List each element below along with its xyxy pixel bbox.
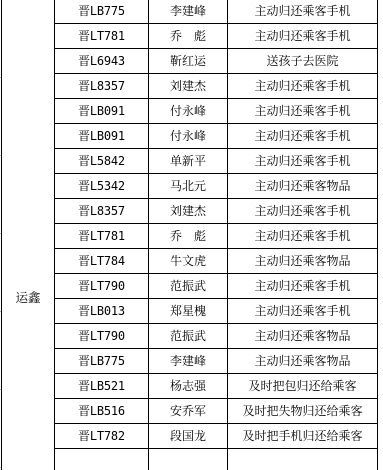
plate-cell: 晋LB091 [55,99,149,124]
table-row: 运鑫晋LB775李建峰主动归还乘客手机 [2,0,378,24]
plate-cell: 晋L5842 [55,149,149,174]
plate-cell: 晋LB091 [55,124,149,149]
driver-cell: 范振武 [149,324,228,349]
table-row: 晋LT784牛文虎主动归还乘客物品 [2,249,378,274]
row-tick [0,77,1,78]
table-row: 晋LT782段国龙及时把手机归还给乘客 [2,424,378,449]
driver-cell: 乔 彪 [149,24,228,49]
plate-cell: 晋LT782 [55,424,149,449]
deed-cell: 主动归还乘客物品 [228,249,378,274]
table-row: 晋LB516安乔军及时把失物归还给乘客 [2,399,378,424]
table-row: 晋L8357刘建杰主动归还乘客手机 [2,74,378,99]
deed-cell: 主动归还乘客手机 [228,99,378,124]
driver-cell: 杨志强 [149,374,228,399]
driver-cell: 安乔军 [149,399,228,424]
table-row: 晋LT790范振武主动归还乘客物品 [2,324,378,349]
driver-cell: 刘建杰 [149,199,228,224]
deed-cell: 主动归还乘客手机 [228,74,378,99]
driver-cell: 靳红运 [149,49,228,74]
table-body: 运鑫晋LB775李建峰主动归还乘客手机晋LT781乔 彪主动归还乘客手机晋L69… [2,0,378,470]
empty-cell [149,449,228,470]
plate-cell: 晋LB521 [55,374,149,399]
driver-cell: 马北元 [149,174,228,199]
deed-cell: 主动归还乘客物品 [228,174,378,199]
deed-cell: 及时把失物归还给乘客 [228,399,378,424]
table-row: 晋LT790范振武主动归还乘客手机 [2,274,378,299]
driver-cell: 刘建杰 [149,74,228,99]
deed-cell: 主动归还乘客手机 [228,299,378,324]
driver-cell: 郑星槐 [149,299,228,324]
company-cell: 运鑫 [2,0,55,470]
driver-cell: 范振武 [149,274,228,299]
plate-cell: 晋L5342 [55,174,149,199]
deed-cell: 及时把手机归还给乘客 [228,424,378,449]
driver-cell: 付永峰 [149,99,228,124]
deed-cell: 主动归还乘客手机 [228,0,378,24]
table-row: 晋L5842单新平主动归还乘客手机 [2,149,378,174]
table-row: 晋LT781乔 彪主动归还乘客手机 [2,24,378,49]
table-row: 晋L8357刘建杰主动归还乘客手机 [2,199,378,224]
plate-cell: 晋LB516 [55,399,149,424]
plate-cell: 晋LT790 [55,324,149,349]
driver-cell: 李建峰 [149,0,228,24]
table-row: 晋LB521杨志强及时把包归还给乘客 [2,374,378,399]
empty-cell [55,449,149,470]
table-row: 晋L6943靳红运送孩子去医院 [2,49,378,74]
plate-cell: 晋L8357 [55,199,149,224]
plate-cell: 晋LB775 [55,349,149,374]
deed-cell: 主动归还乘客物品 [228,324,378,349]
plate-cell: 晋LT784 [55,249,149,274]
table-row: 晋LB775李建峰主动归还乘客物品 [2,349,378,374]
deed-cell: 主动归还乘客手机 [228,124,378,149]
driver-cell: 单新平 [149,149,228,174]
row-tick [0,233,1,234]
deed-cell: 主动归还乘客手机 [228,149,378,174]
table-row: 晋LB091付永峰主动归还乘客手机 [2,124,378,149]
deed-cell: 主动归还乘客手机 [228,199,378,224]
plate-cell: 晋LB775 [55,0,149,24]
driver-cell: 李建峰 [149,349,228,374]
driver-cell: 牛文虎 [149,249,228,274]
plate-cell: 晋LT781 [55,224,149,249]
plate-cell: 晋LT781 [55,24,149,49]
driver-cell: 付永峰 [149,124,228,149]
plate-cell: 晋LB013 [55,299,149,324]
plate-cell: 晋L8357 [55,74,149,99]
plate-cell: 晋L6943 [55,49,149,74]
row-tick [0,389,1,390]
driver-cell: 乔 彪 [149,224,228,249]
row-tick [0,311,1,312]
good-deeds-table: 运鑫晋LB775李建峰主动归还乘客手机晋LT781乔 彪主动归还乘客手机晋L69… [1,0,378,470]
table-row: 晋L5342马北元主动归还乘客物品 [2,174,378,199]
deed-cell: 主动归还乘客手机 [228,274,378,299]
deed-cell: 送孩子去医院 [228,49,378,74]
deed-cell: 主动归还乘客手机 [228,24,378,49]
deed-cell: 及时把包归还给乘客 [228,374,378,399]
empty-cell [228,449,378,470]
driver-cell: 段国龙 [149,424,228,449]
plate-cell: 晋LT790 [55,274,149,299]
table-row: 晋LB013郑星槐主动归还乘客手机 [2,299,378,324]
table-row-partial [2,449,378,470]
table-row: 晋LB091付永峰主动归还乘客手机 [2,99,378,124]
deed-cell: 主动归还乘客物品 [228,349,378,374]
row-tick [0,155,1,156]
row-tick [0,467,1,468]
deed-cell: 主动归还乘客手机 [228,224,378,249]
table-row: 晋LT781乔 彪主动归还乘客手机 [2,224,378,249]
